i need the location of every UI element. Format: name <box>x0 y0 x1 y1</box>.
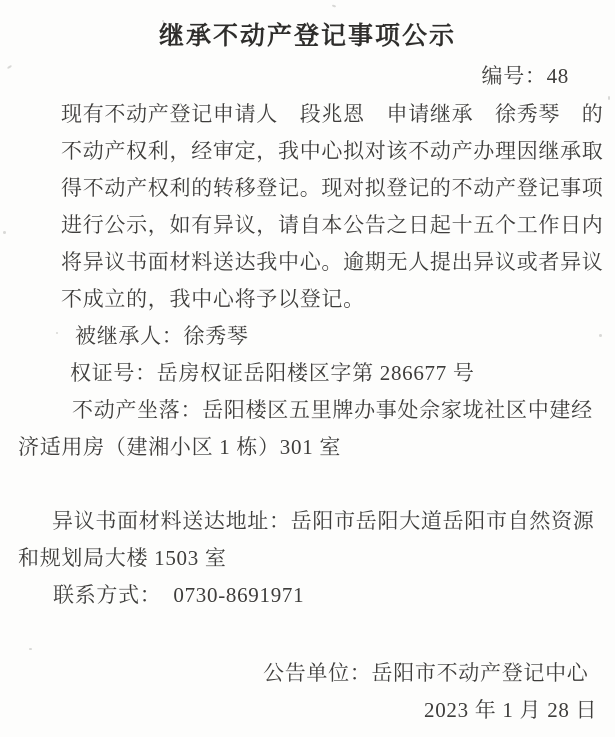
certificate-number-line: 权证号：岳房权证岳阳楼区字第 286677 号 <box>70 360 475 386</box>
scan-speck <box>332 4 336 7</box>
body-line-6: 不成立的，我中心将予以登记。 <box>61 286 365 312</box>
property-location-line-2: 济适用房（建湘小区 1 栋）301 室 <box>18 434 341 460</box>
scan-speck <box>608 96 610 100</box>
body-line-5: 将异议书面材料送达我中心。逾期无人提出异议或者异议 <box>61 249 604 275</box>
scan-speck <box>162 20 164 22</box>
body-line-3: 得不动产权利的转移登记。现对拟登记的不动产登记事项 <box>61 175 604 201</box>
scan-speck <box>56 332 58 334</box>
notice-page: 继承不动产登记事项公示 编号：48 现有不动产登记申请人 段兆恩 申请继承 徐秀… <box>0 0 615 737</box>
heir-line: 被继承人：徐秀琴 <box>75 323 249 349</box>
objection-address-line-1: 异议书面材料送达地址：岳阳市岳阳大道岳阳市自然资源 <box>52 508 595 534</box>
scan-speck <box>29 648 32 650</box>
body-line-2: 不动产权利，经审定，我中心拟对该不动产办理因继承取 <box>61 138 604 164</box>
issuer-line: 公告单位：岳阳市不动产登记中心 <box>263 660 589 686</box>
date-line: 2023 年 1 月 28 日 <box>424 697 597 723</box>
doc-number: 编号：48 <box>482 63 570 89</box>
property-location-line-1: 不动产坐落：岳阳楼区五里牌办事处佘家垅社区中建经 <box>72 397 593 423</box>
scan-speck <box>599 334 602 337</box>
body-line-4: 进行公示，如有异议，请自本公告之日起十五个工作日内 <box>61 212 604 238</box>
scan-speck <box>7 65 12 70</box>
objection-address-line-2: 和规划局大楼 1503 室 <box>18 545 227 571</box>
body-line-1: 现有不动产登记申请人 段兆恩 申请继承 徐秀琴 的 <box>61 101 604 127</box>
doc-title: 继承不动产登记事项公示 <box>0 23 615 49</box>
scan-speck <box>3 231 6 234</box>
contact-line: 联系方式： 0730-8691971 <box>53 582 304 608</box>
